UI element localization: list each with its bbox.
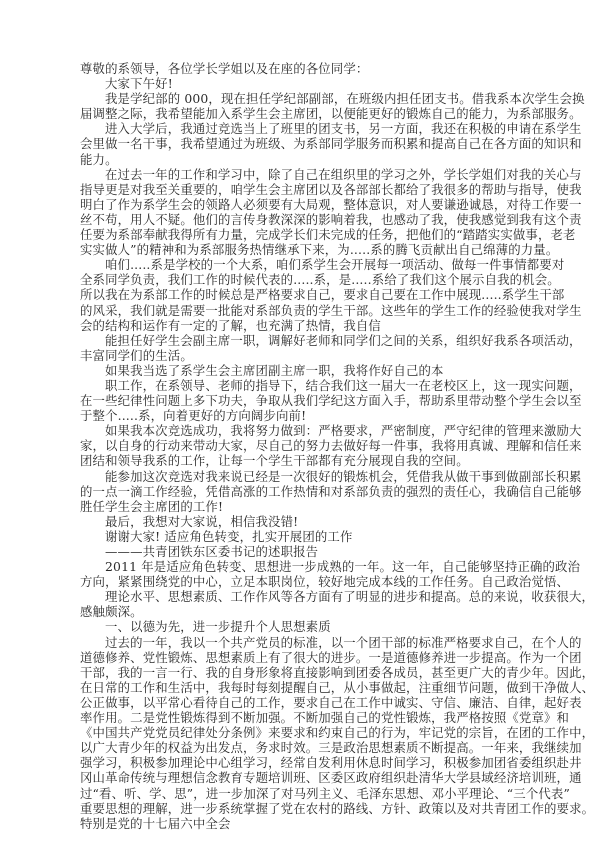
text-line: 冈山革命传统与理想信念教育专题培训班、区委区政府组织赴清华大学县域经济培训班，通 (80, 770, 530, 785)
text-line: 公正做事，以平常心看待自己的工作，要求自己在工作中诚实、守信、廉洁、自律，起好表 (80, 695, 530, 710)
document-page: 尊敬的系领导，各位学长学姐以及在座的各位同学：大家下午好!我是学纪部的 000，… (80, 61, 530, 831)
text-line: 谢谢大家! 适应角色转变，扎实开展团的工作 (80, 529, 530, 544)
text-line: 全系同学负责，我们工作的时候代表的.....系，是.....系给了我们这个展示自… (80, 272, 530, 287)
text-line: 能参加这次竞选对我来说已经是一次很好的锻炼机会，凭借我从做干事到做副部长积累 (80, 469, 530, 484)
text-line: 强学习，积极参加理论中心组学习，经常自发利用休息时间学习，积极参加团省委组织赴井 (80, 755, 530, 770)
text-line: 在过去一年的工作和学习中，除了自己在组织里的学习之外，学长学姐们对我的关心与 (80, 167, 530, 182)
text-line: 最后，我想对大家说，相信我没错! (80, 514, 530, 529)
text-line: 所以我在为系部工作的时候总是严格要求自己，要求自己要在工作中展现.....系学生… (80, 287, 530, 302)
text-line: 在日常的工作和生活中，我每时每刻提醒自己，从小事做起，注重细节问题，做到干净做人… (80, 680, 530, 695)
text-line: 能力。 (80, 152, 530, 167)
text-line: 的一点一滴工作经验，凭借高涨的工作热情和对系部负责的强烈的责任心，我确信自己能够 (80, 484, 530, 499)
text-line: 任要为系部奉献我得所有力量，完成学长们未完成的任务，把他们的“踏踏实实做事，老老 (80, 227, 530, 242)
text-line: 道德修养、党性锻炼、思想素质上有了很大的进步。一是道德修养进一步提高。作为一个团 (80, 650, 530, 665)
text-line: 2011 年是适应角色转变、思想进一步成熟的一年。这一年，自己能够坚持正确的政治 (80, 559, 530, 574)
text-line: 过“看、听、学、思”，进一步加深了对马列主义、毛泽东思想、邓小平理论、“三个代表… (80, 786, 530, 801)
text-line: 丝不苟，用人不疑。他们的言传身教深深的影响着我，也感动了我，使我感觉到我有这个责 (80, 212, 530, 227)
text-line: 感触颇深。 (80, 604, 530, 619)
text-line: 指导更是对我至关重要的，咱学生会主席团以及各部部长都给了我很多的帮助与指导，使我 (80, 182, 530, 197)
text-line: 进入大学后，我通过竞选当上了班里的团支书，另一方面，我还在积极的申请在系学生 (80, 121, 530, 136)
text-line: 特别是党的十七届六中全会 (80, 816, 530, 831)
text-line: 大家下午好! (80, 76, 530, 91)
text-line: 《中国共产党党员纪律处分条例》来要求和约束自己的行为，牢记党的宗旨，在团的工作中… (80, 725, 530, 740)
text-line: 丰富同学们的生活。 (80, 348, 530, 363)
text-line: ———共青团铁东区委书记的述职报告 (80, 544, 530, 559)
text-line: 的风采，我们就是需要一批能对系部负责的学生干部。这些年的学生工作的经验使我对学生 (80, 303, 530, 318)
text-line: 明白了作为系学生会的领路人必须要有大局观，整体意识，对人要谦逊诚恳，对待工作要一 (80, 197, 530, 212)
text-line: 如果我当选了系学生会主席团副主席一职，我将作好自己的本 (80, 363, 530, 378)
text-line: 重要思想的理解，进一步系统掌握了党在农村的路线、方针、政策以及对共青团工作的要求… (80, 801, 530, 816)
text-line: 团结和领导我系的工作，让每一个学生干部都有充分展现自我的空间。 (80, 453, 530, 468)
text-line: 干部，我的一言一行、我的自身形象将直接影响到团委各成员，甚至更广大的青少年。因此… (80, 665, 530, 680)
text-line: 一、以德为先，进一步提升个人思想素质 (80, 619, 530, 634)
text-line: 届调整之际，我希望能加入系学生会主席团，以便能更好的锻炼自己的能力，为系部服务。 (80, 106, 530, 121)
text-line: 在一些纪律性问题上多下功夫，争取从我们学纪这方面入手，帮助系里带动整个学生会以至 (80, 393, 530, 408)
text-line: 率作用。二是党性锻炼得到不断加强。不断加强自己的党性锻炼，我严格按照《党章》和 (80, 710, 530, 725)
text-line: 职工作，在系领导、老师的指导下，结合我们这一届大一在老校区上，这一现实问题， (80, 378, 530, 393)
text-line: 理论水平、思想素质、工作作风等各方面有了明显的进步和提高。总的来说，收获很大， (80, 589, 530, 604)
text-line: 会的结构和运作有一定的了解，也充满了热情，我自信 (80, 318, 530, 333)
text-line: 过去的一年，我以一个共产党员的标准，以一个团干部的标准严格要求自己，在个人的 (80, 635, 530, 650)
text-line: 实实做人”的精神和为系部服务热情继承下来，为.....系的腾飞贡献出自己绵薄的力… (80, 242, 530, 257)
text-line: 咱们.....系是学校的一个大系，咱们系学生会开展每一项活动、做每一件事情都要对 (80, 257, 530, 272)
text-line: 如果我本次竞选成功，我将努力做到：严格要求，严密制度，严守纪律的管理来激励大 (80, 423, 530, 438)
text-line: 胜任学生会主席团的工作! (80, 499, 530, 514)
text-line: 尊敬的系领导，各位学长学姐以及在座的各位同学： (80, 61, 530, 76)
text-line: 以广大青少年的权益为出发点，务求时效。三是政治思想素质不断提高。一年来，我继续加 (80, 740, 530, 755)
text-line: 于整个.....系，向着更好的方向阔步向前! (80, 408, 530, 423)
text-line: 方向，紧紧围绕党的中心，立足本职岗位，较好地完成本线的工作任务。自己政治觉悟、 (80, 574, 530, 589)
text-line: 我是学纪部的 000，现在担任学纪部副部，在班级内担任团支书。借我系本次学生会换 (80, 91, 530, 106)
text-line: 能担任好学生会副主席一职，调解好老师和同学们之间的关系，组织好我系各项活动， (80, 333, 530, 348)
text-line: 家，以自身的行动来带动大家，尽自己的努力去做好每一件事，我将用真诚、理解和信任来 (80, 438, 530, 453)
text-line: 会里做一名干事，我希望通过为班级、为系部同学服务而积累和提高自己在各方面的知识和 (80, 136, 530, 151)
